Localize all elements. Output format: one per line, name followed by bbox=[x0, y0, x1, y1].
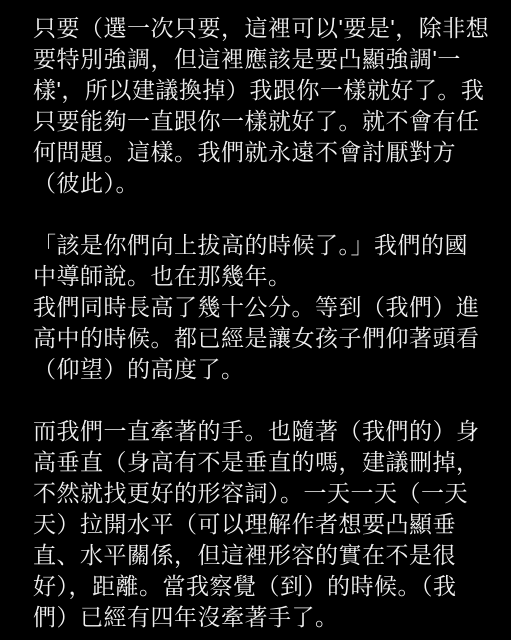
text-line: （仰望）的高度了。 bbox=[33, 354, 491, 385]
text-line: 不然就找更好的形容詞）。一天一天（一天 bbox=[33, 478, 491, 509]
text-line: 高中的時候。都已經是讓女孩子們仰著頭看 bbox=[33, 323, 491, 354]
text-line: 只要能夠一直跟你一樣就好了。就不會有任 bbox=[33, 106, 491, 137]
text-line: 中導師說。也在那幾年。 bbox=[33, 261, 491, 292]
text-line: （彼此）。 bbox=[33, 168, 491, 199]
text-line: 我們同時長高了幾十公分。等到（我們）進 bbox=[33, 292, 491, 323]
text-line: 直、水平關係，但這裡形容的實在不是很 bbox=[33, 540, 491, 571]
text-line: 好），距離。當我察覺（到）的時候。（我 bbox=[33, 571, 491, 602]
paragraph-1: 只要（選一次只要，這裡可以'要是'，除非想 要特別強調，但這裡應該是要凸顯強調'… bbox=[33, 13, 491, 199]
text-line: 天）拉開水平（可以理解作者想要凸顯垂 bbox=[33, 509, 491, 540]
text-line: 們）已經有四年沒牽著手了。 bbox=[33, 602, 491, 633]
text-line: 只要（選一次只要，這裡可以'要是'，除非想 bbox=[33, 13, 491, 44]
text-page: 只要（選一次只要，這裡可以'要是'，除非想 要特別強調，但這裡應該是要凸顯強調'… bbox=[0, 0, 511, 640]
paragraph-3: 而我們一直牽著的手。也隨著（我們的）身 高垂直（身高有不是垂直的嗎，建議刪掉， … bbox=[33, 416, 491, 633]
text-line: 而我們一直牽著的手。也隨著（我們的）身 bbox=[33, 416, 491, 447]
paragraph-2: 「該是你們向上拔高的時候了。」我們的國 中導師說。也在那幾年。 我們同時長高了幾… bbox=[33, 230, 491, 385]
text-line: 「該是你們向上拔高的時候了。」我們的國 bbox=[33, 230, 491, 261]
text-line: 高垂直（身高有不是垂直的嗎，建議刪掉， bbox=[33, 447, 491, 478]
text-line: 要特別強調，但這裡應該是要凸顯強調'一 bbox=[33, 44, 491, 75]
text-line: 樣'，所以建議換掉）我跟你一樣就好了。我 bbox=[33, 75, 491, 106]
text-line: 何問題。這樣。我們就永遠不會討厭對方 bbox=[33, 137, 491, 168]
